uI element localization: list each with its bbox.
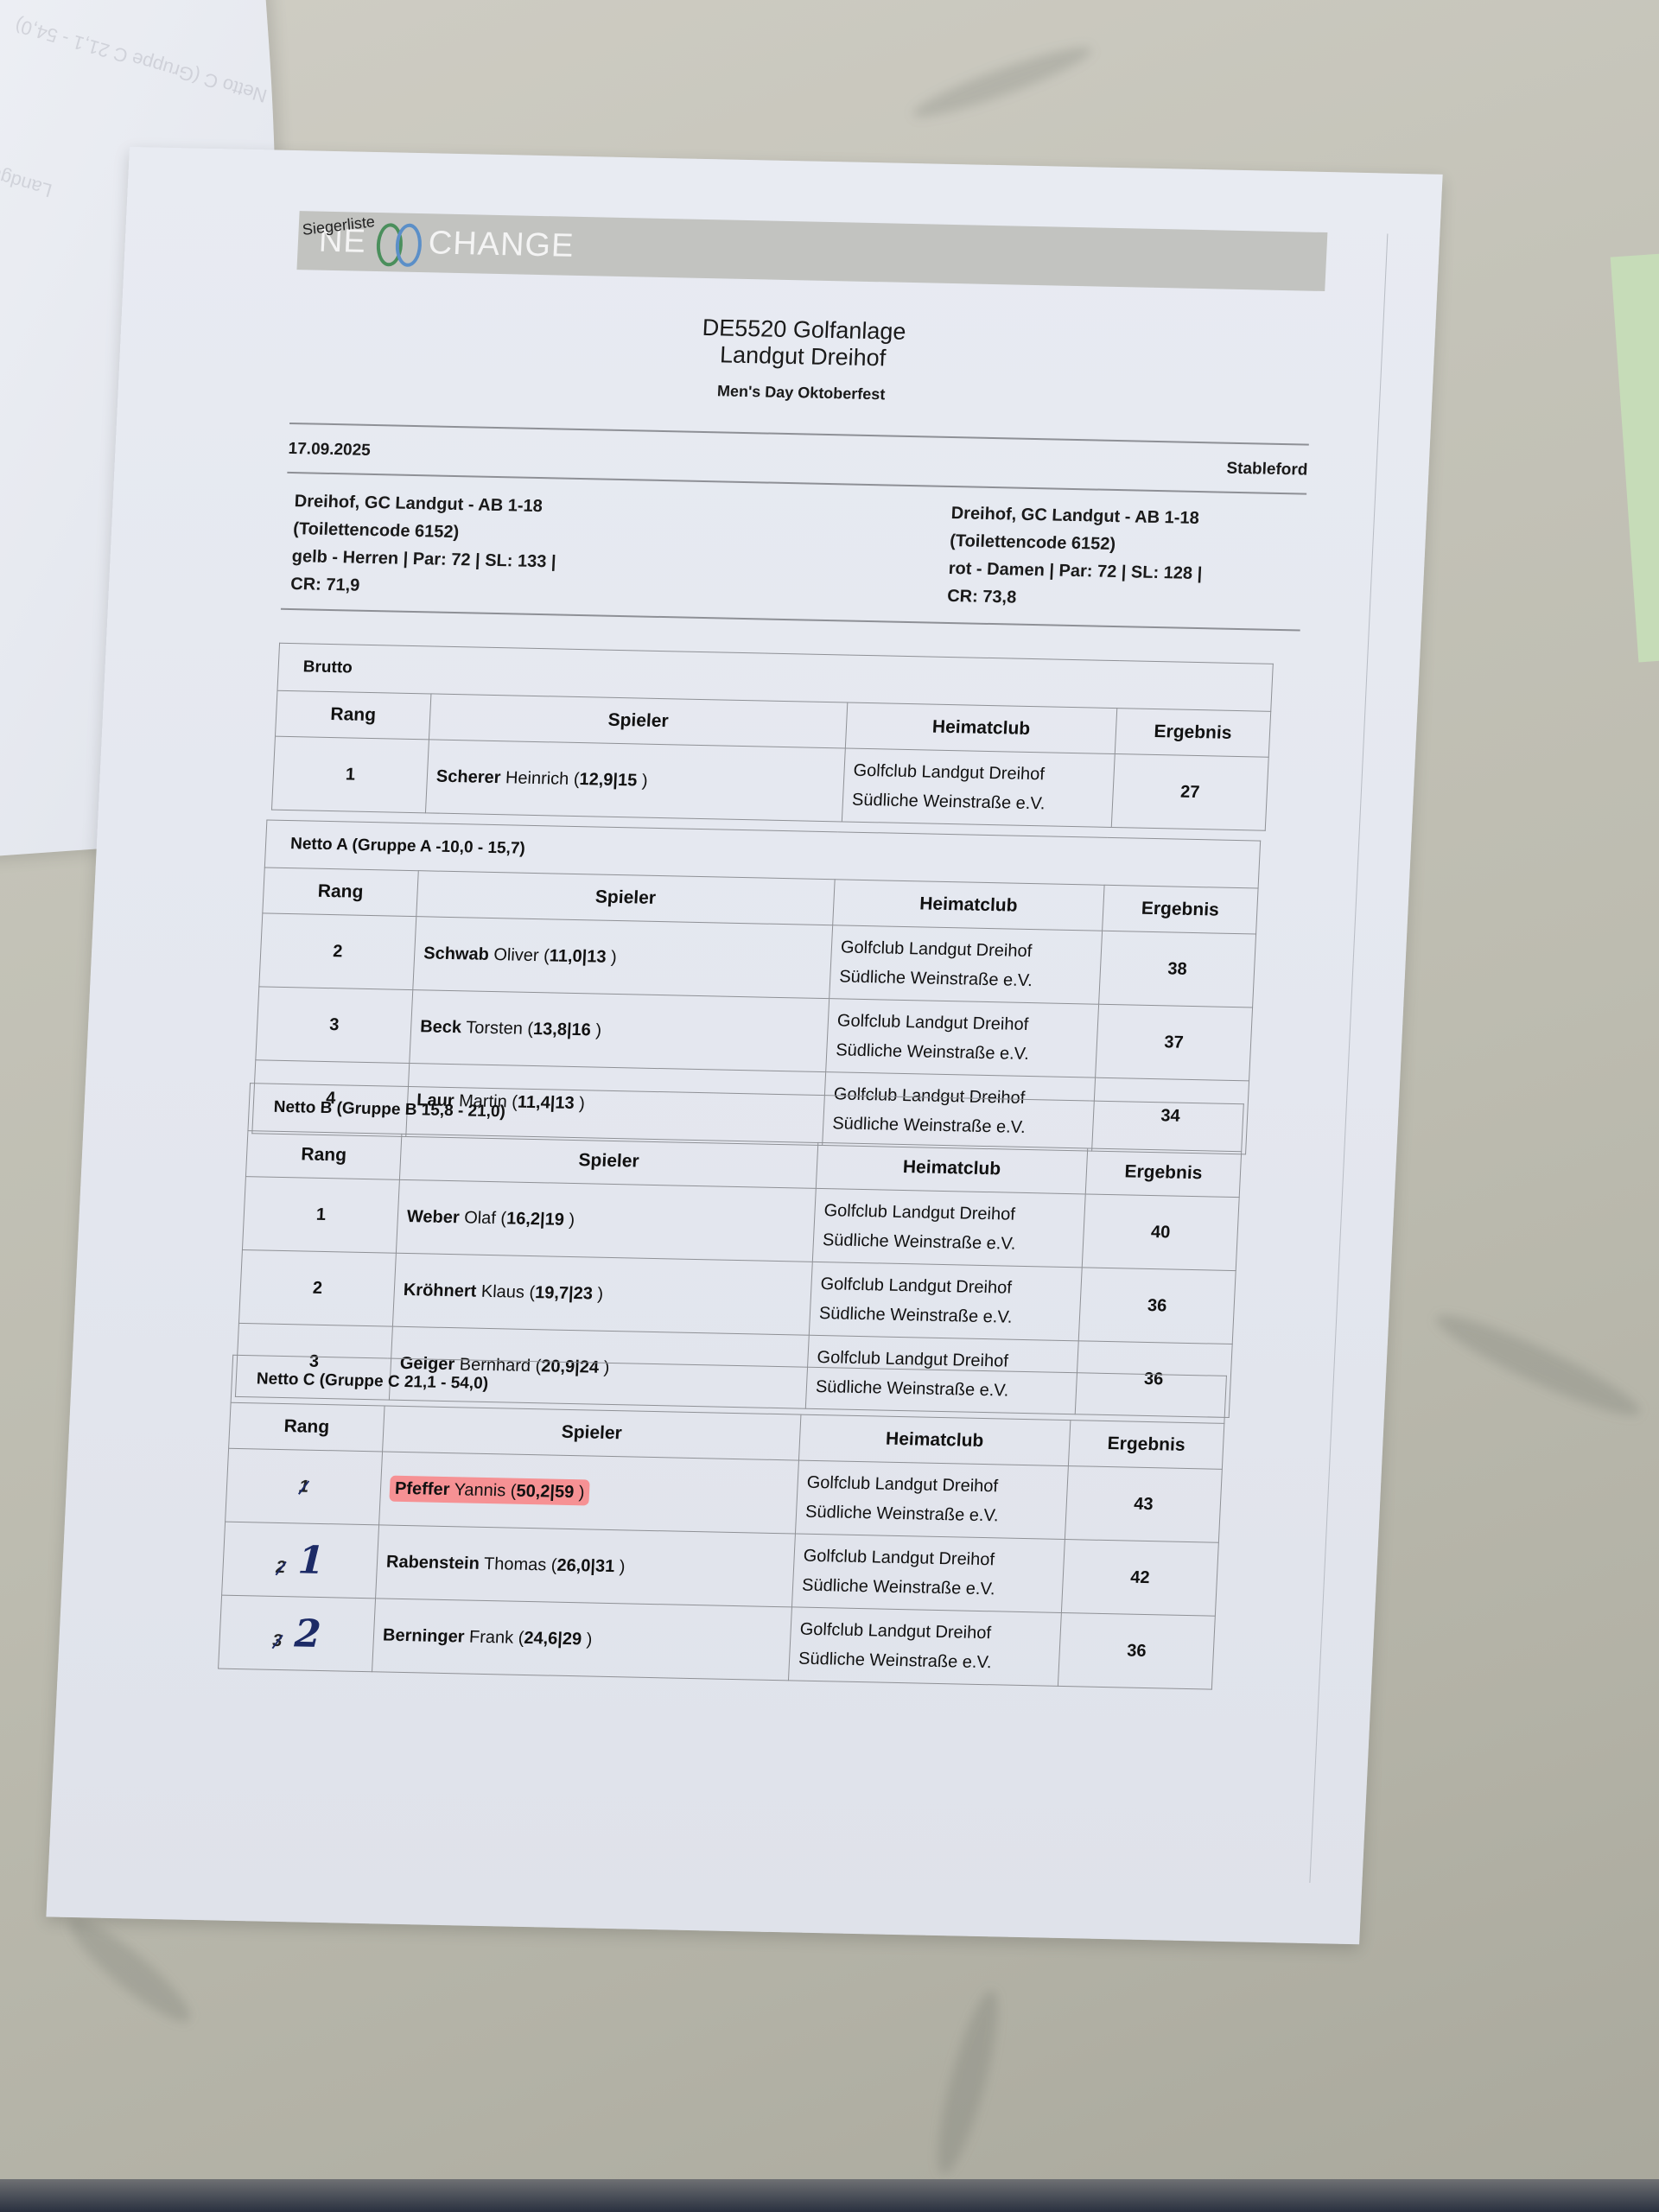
player-name: Schwab Oliver (11,0|13 )	[423, 944, 617, 967]
player-surname: Scherer	[435, 766, 501, 787]
score-cell: 38	[1099, 931, 1256, 1007]
club-name-line2: Südliche Weinstraße e.V.	[839, 962, 1100, 996]
rank-value: 2	[312, 1278, 322, 1297]
rank-cell: 1	[242, 1177, 399, 1254]
club-cell: Golfclub Landgut DreihofSüdliche Weinstr…	[788, 1607, 1061, 1686]
player-surname: Kröhnert	[403, 1280, 476, 1300]
club-cell: Golfclub Landgut DreihofSüdliche Weinstr…	[795, 1460, 1068, 1539]
struck-rank: 1	[299, 1477, 309, 1496]
player-firstname: Heinrich	[505, 768, 569, 789]
marble-vein	[1429, 1302, 1648, 1428]
score-cell: 27	[1111, 754, 1268, 831]
logo-rings-icon	[371, 223, 424, 262]
logo-text-right: CHANGE	[428, 225, 575, 264]
score-cell: 43	[1065, 1466, 1222, 1543]
player-handicap: 12,9|15	[579, 770, 638, 790]
struck-rank: 2	[276, 1557, 286, 1576]
results-table: Brutto Rang Spieler Heimatclub Ergebnis …	[271, 643, 1274, 831]
player-name: Kröhnert Klaus (19,7|23 )	[403, 1280, 603, 1303]
rank-cell: 32	[219, 1595, 376, 1672]
player-firstname: Thomas	[484, 1554, 547, 1573]
player-surname: Schwab	[423, 944, 490, 964]
column-header-ergebnis: Ergebnis	[1115, 709, 1270, 758]
club-cell: Golfclub Landgut DreihofSüdliche Weinstr…	[812, 1188, 1085, 1267]
column-header-ergebnis: Ergebnis	[1068, 1421, 1224, 1470]
results-page: Siegerliste NE CHANGE DE5520 Golfanlage …	[46, 147, 1442, 1944]
rank-cell: 3	[256, 987, 413, 1064]
table-edge	[0, 2179, 1659, 2212]
player-surname: Pfeffer	[395, 1478, 450, 1498]
club-name-line2: Südliche Weinstraße e.V.	[804, 1497, 1065, 1532]
rank-value: 3	[329, 1015, 340, 1034]
results-table: Netto C (Gruppe C 21,1 - 54,0) Rang Spie…	[218, 1355, 1227, 1690]
player-handicap: 50,2|59	[516, 1481, 575, 1501]
player-handicap: 11,0|13	[549, 946, 607, 966]
ghost-text: Landgut	[0, 161, 54, 201]
scoring-format: Stableford	[1226, 460, 1308, 480]
player-firstname: Torsten	[466, 1018, 524, 1038]
ghost-text: Netto C (Gruppe C 21,1 - 54,0)	[12, 14, 269, 107]
score-cell: 40	[1082, 1194, 1239, 1271]
column-header-heimatclub: Heimatclub	[833, 880, 1104, 931]
marble-vein	[59, 1907, 200, 2033]
player-firstname: Yannis	[454, 1480, 506, 1500]
club-cell: Golfclub Landgut DreihofSüdliche Weinstr…	[809, 1262, 1082, 1340]
column-header-rang: Rang	[245, 1131, 401, 1180]
player-cell: Pfeffer Yannis (50,2|59 )	[379, 1452, 799, 1534]
player-cell: Kröhnert Klaus (19,7|23 )	[392, 1253, 812, 1335]
marble-vein	[926, 1986, 1009, 2179]
player-name: Scherer Heinrich (12,9|15 )	[435, 766, 648, 790]
marble-vein	[909, 37, 1096, 126]
column-header-ergebnis: Ergebnis	[1085, 1148, 1241, 1198]
player-firstname: Olaf	[464, 1208, 497, 1228]
course-rating: CR: 71,9	[290, 570, 556, 603]
player-cell: Schwab Oliver (11,0|13 )	[413, 917, 833, 999]
club-name-line2: Südliche Weinstraße e.V.	[801, 1571, 1062, 1605]
player-surname: Berninger	[383, 1625, 465, 1646]
player-surname: Rabenstein	[386, 1552, 480, 1573]
column-header-ergebnis: Ergebnis	[1103, 885, 1258, 934]
green-card	[1611, 253, 1659, 662]
column-header-heimatclub: Heimatclub	[845, 702, 1116, 753]
rank-cell: 1	[226, 1448, 383, 1525]
column-header-rang: Rang	[229, 1402, 385, 1452]
player-cell: Beck Torsten (13,8|16 )	[410, 990, 829, 1072]
club-cell: Golfclub Landgut DreihofSüdliche Weinstr…	[791, 1534, 1065, 1612]
club-cell: Golfclub Landgut DreihofSüdliche Weinstr…	[826, 999, 1099, 1077]
score-cell: 42	[1061, 1540, 1218, 1617]
score-cell: 36	[1078, 1268, 1236, 1344]
club-name-line2: Südliche Weinstraße e.V.	[822, 1225, 1083, 1260]
player-name: Beck Torsten (13,8|16 )	[420, 1017, 602, 1039]
column-header-rang: Rang	[263, 868, 418, 917]
player-surname: Weber	[406, 1207, 460, 1227]
rank-value: 2	[333, 942, 343, 961]
player-cell: Berninger Frank (24,6|29 )	[372, 1599, 792, 1681]
handwritten-rank: 2	[294, 1611, 322, 1656]
score-cell: 37	[1096, 1004, 1253, 1081]
column-header-heimatclub: Heimatclub	[798, 1414, 1070, 1465]
course-info-women: Dreihof, GC Landgut - AB 1-18 (Toiletten…	[946, 499, 1205, 615]
club-name-line2: Südliche Weinstraße e.V.	[798, 1644, 1058, 1679]
rank-value: 1	[345, 765, 355, 784]
column-header-heimatclub: Heimatclub	[816, 1142, 1087, 1193]
rank-value: 1	[315, 1205, 326, 1224]
club-cell: Golfclub Landgut DreihofSüdliche Weinstr…	[842, 748, 1115, 827]
rank-cell: 21	[222, 1522, 379, 1599]
score-cell: 36	[1058, 1612, 1215, 1689]
rank-cell: 1	[271, 736, 429, 813]
rank-cell: 2	[259, 913, 416, 990]
club-cell: Golfclub Landgut DreihofSüdliche Weinstr…	[829, 925, 1103, 1004]
player-surname: Beck	[420, 1017, 462, 1037]
club-name-line2: Südliche Weinstraße e.V.	[851, 785, 1112, 820]
player-handicap: 26,0|31	[556, 1555, 615, 1575]
player-handicap: 13,8|16	[533, 1020, 592, 1039]
player-firstname: Klaus	[480, 1281, 524, 1301]
highlighted-player: Pfeffer Yannis (50,2|59 )	[389, 1475, 590, 1505]
player-name: Berninger Frank (24,6|29 )	[383, 1625, 593, 1649]
event-date: 17.09.2025	[288, 440, 371, 460]
course-rating: CR: 73,8	[946, 582, 1201, 615]
struck-rank: 3	[272, 1630, 283, 1649]
course-info-men: Dreihof, GC Landgut - AB 1-18 (Toiletten…	[290, 487, 560, 603]
player-name: Weber Olaf (16,2|19 )	[406, 1207, 575, 1230]
club-name-line2: Südliche Weinstraße e.V.	[836, 1035, 1096, 1070]
player-firstname: Oliver	[493, 945, 539, 965]
player-firstname: Frank	[469, 1627, 514, 1647]
player-name: Rabenstein Thomas (26,0|31 )	[386, 1552, 626, 1576]
player-cell: Scherer Heinrich (12,9|15 )	[425, 740, 845, 822]
player-handicap: 24,6|29	[524, 1628, 582, 1648]
handwritten-rank: 1	[297, 1538, 326, 1583]
club-name-line2: Südliche Weinstraße e.V.	[818, 1299, 1079, 1333]
player-cell: Weber Olaf (16,2|19 )	[396, 1179, 816, 1262]
column-header-rang: Rang	[275, 690, 430, 740]
player-handicap: 19,7|23	[535, 1283, 594, 1303]
rank-cell: 2	[238, 1250, 396, 1327]
player-cell: Rabenstein Thomas (26,0|31 )	[376, 1525, 796, 1607]
player-handicap: 16,2|19	[506, 1209, 565, 1229]
